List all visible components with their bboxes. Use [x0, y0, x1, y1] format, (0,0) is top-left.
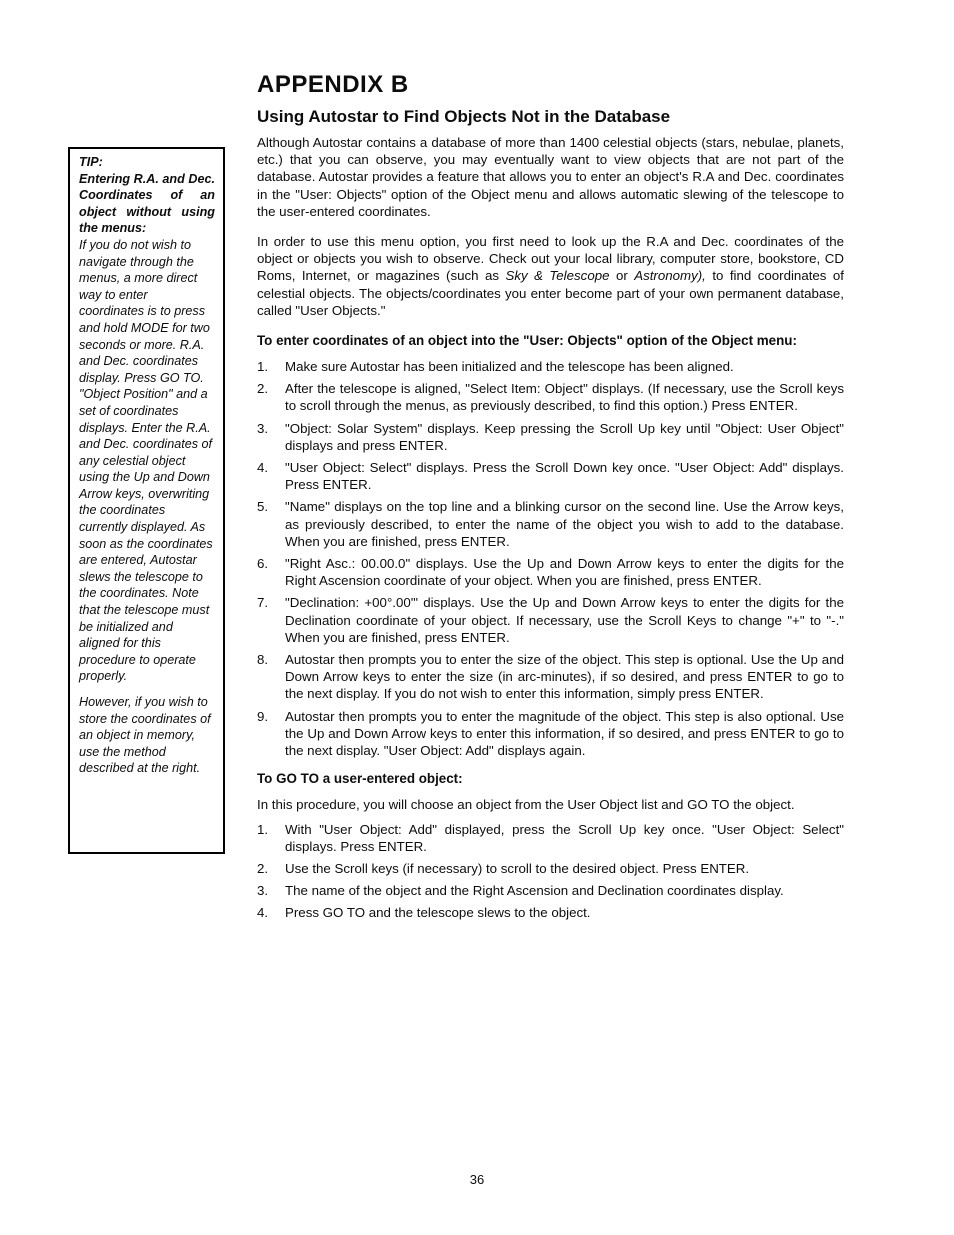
step-number: 6.	[257, 555, 285, 589]
goto-object-steps: 1. With "User Object: Add" displayed, pr…	[257, 821, 844, 922]
procedure-step: 2. Use the Scroll keys (if necessary) to…	[257, 860, 844, 877]
page-number: 36	[0, 1172, 954, 1187]
step-number: 9.	[257, 708, 285, 760]
procedure-step: 3. The name of the object and the Right …	[257, 882, 844, 899]
procedure-step: 7. "Declination: +00°.00'" displays. Use…	[257, 594, 844, 646]
step-text: "Right Asc.: 00.00.0" displays. Use the …	[285, 555, 844, 589]
tip-label: TIP:	[79, 154, 215, 171]
step-text: "Object: Solar System" displays. Keep pr…	[285, 420, 844, 454]
procedure-step: 3. "Object: Solar System" displays. Keep…	[257, 420, 844, 454]
step-text: Press GO TO and the telescope slews to t…	[285, 904, 844, 921]
step-text: "User Object: Select" displays. Press th…	[285, 459, 844, 493]
step-text: "Declination: +00°.00'" displays. Use th…	[285, 594, 844, 646]
tip-paragraph: However, if you wish to store the coordi…	[79, 694, 215, 777]
step-number: 4.	[257, 904, 285, 921]
step-number: 1.	[257, 821, 285, 855]
tip-paragraph: If you do not wish to navigate through t…	[79, 237, 215, 685]
step-text: The name of the object and the Right Asc…	[285, 882, 844, 899]
step-number: 1.	[257, 358, 285, 375]
procedure-step: 5. "Name" displays on the top line and a…	[257, 498, 844, 550]
procedure-goto-heading: To GO TO a user-entered object:	[257, 770, 844, 787]
step-number: 8.	[257, 651, 285, 703]
procedure-enter-heading: To enter coordinates of an object into t…	[257, 332, 844, 349]
appendix-title: APPENDIX B	[257, 72, 844, 98]
step-text: After the telescope is aligned, "Select …	[285, 380, 844, 414]
procedure-step: 6. "Right Asc.: 00.00.0" displays. Use t…	[257, 555, 844, 589]
procedure-step: 1. Make sure Autostar has been initializ…	[257, 358, 844, 375]
magazine-title: Astronomy),	[634, 268, 706, 283]
step-number: 3.	[257, 420, 285, 454]
step-text: "Name" displays on the top line and a bl…	[285, 498, 844, 550]
intro-paragraph: Although Autostar contains a database of…	[257, 134, 844, 220]
step-number: 7.	[257, 594, 285, 646]
step-number: 3.	[257, 882, 285, 899]
step-number: 2.	[257, 860, 285, 877]
procedure-step: 8. Autostar then prompts you to enter th…	[257, 651, 844, 703]
main-content: APPENDIX B Using Autostar to Find Object…	[257, 72, 844, 927]
procedure-step: 2. After the telescope is aligned, "Sele…	[257, 380, 844, 414]
step-text: With "User Object: Add" displayed, press…	[285, 821, 844, 855]
procedure-step: 4. Press GO TO and the telescope slews t…	[257, 904, 844, 921]
step-text: Autostar then prompts you to enter the s…	[285, 651, 844, 703]
step-number: 4.	[257, 459, 285, 493]
procedure-step: 9. Autostar then prompts you to enter th…	[257, 708, 844, 760]
lookup-paragraph-segment: or	[610, 268, 635, 283]
step-number: 5.	[257, 498, 285, 550]
enter-coordinates-steps: 1. Make sure Autostar has been initializ…	[257, 358, 844, 759]
procedure-step: 1. With "User Object: Add" displayed, pr…	[257, 821, 844, 855]
goto-intro: In this procedure, you will choose an ob…	[257, 796, 844, 813]
section-title: Using Autostar to Find Objects Not in th…	[257, 107, 844, 127]
tip-heading: Entering R.A. and Dec. Coordinates of an…	[79, 171, 215, 237]
tip-box: TIP: Entering R.A. and Dec. Coordinates …	[68, 147, 225, 854]
magazine-title: Sky & Telescope	[505, 268, 609, 283]
step-text: Use the Scroll keys (if necessary) to sc…	[285, 860, 844, 877]
procedure-step: 4. "User Object: Select" displays. Press…	[257, 459, 844, 493]
step-text: Make sure Autostar has been initialized …	[285, 358, 844, 375]
step-text: Autostar then prompts you to enter the m…	[285, 708, 844, 760]
lookup-paragraph: In order to use this menu option, you fi…	[257, 233, 844, 319]
step-number: 2.	[257, 380, 285, 414]
